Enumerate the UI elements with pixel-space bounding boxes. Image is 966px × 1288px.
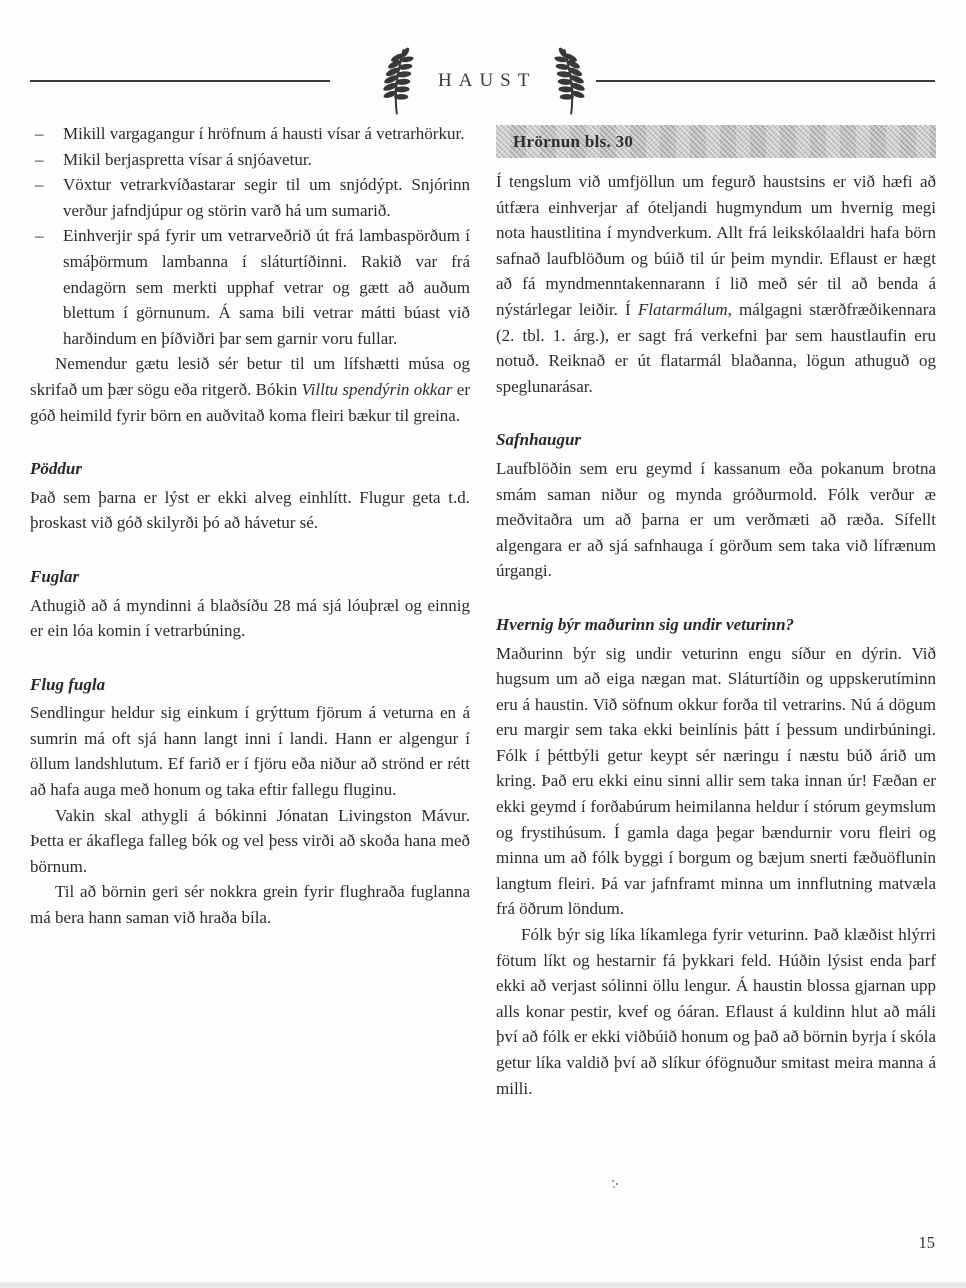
paragraph: Það sem þarna er lýst er ekki alveg einh… xyxy=(30,485,470,536)
scanned-page: HAUST –Mikill vargagangur í hröfnum á ha… xyxy=(0,0,966,1288)
page-number: 15 xyxy=(919,1233,936,1253)
text-run: Mikill vargagangur í hröfnum á hausti ví… xyxy=(63,124,464,143)
text-run: Vakin skal athygli á bókinni Jónatan Liv… xyxy=(30,806,470,876)
bullet-item: –Mikil berjaspretta vísar á snjóavetur. xyxy=(30,147,470,173)
bullet-text: Mikil berjaspretta vísar á snjóavetur. xyxy=(63,150,312,169)
text-run: Til að börnin geri sér nokkra grein fyri… xyxy=(30,882,470,927)
fern-leaf-icon xyxy=(372,45,422,117)
header-rule-left xyxy=(30,80,330,82)
bullet-dash: – xyxy=(35,172,44,198)
scan-speck xyxy=(612,1180,614,1182)
left-column: –Mikill vargagangur í hröfnum á hausti v… xyxy=(30,121,470,931)
subheading: Pöddur xyxy=(30,456,470,482)
text-run: Í tengslum við umfjöllun um fegurð haust… xyxy=(496,172,936,319)
text-run: Einhverjir spá fyrir um vetrarveðrið út … xyxy=(63,226,470,347)
paragraph: Fólk býr sig líka líkamlega fyrir veturi… xyxy=(496,922,936,1101)
bullet-item: –Vöxtur vetrarkvíðastarar segir til um s… xyxy=(30,172,470,223)
paragraph: Maðurinn býr sig undir veturinn engu síð… xyxy=(496,641,936,923)
bullet-text: Vöxtur vetrarkvíðastarar segir til um sn… xyxy=(63,175,470,220)
bullet-dash: – xyxy=(35,147,44,173)
italic-text: Flatarmálum xyxy=(638,300,728,319)
paragraph: Laufblöðin sem eru geymd í kassanum eða … xyxy=(496,456,936,584)
paragraph: Vakin skal athygli á bókinni Jónatan Liv… xyxy=(30,803,470,880)
paragraph: Sendlingur heldur sig einkum í grýttum f… xyxy=(30,700,470,802)
bullet-dash: – xyxy=(35,121,44,147)
text-run: Maðurinn býr sig undir veturinn engu síð… xyxy=(496,644,936,919)
page-title: HAUST xyxy=(438,70,536,92)
bullet-text: Mikill vargagangur í hröfnum á hausti ví… xyxy=(63,124,464,143)
text-run: Laufblöðin sem eru geymd í kassanum eða … xyxy=(496,459,936,580)
paragraph: Til að börnin geri sér nokkra grein fyri… xyxy=(30,879,470,930)
page-header: HAUST xyxy=(30,40,935,122)
paragraph: Athugið að á myndinni á blaðsíðu 28 má s… xyxy=(30,593,470,644)
paragraph: Nemendur gætu lesið sér betur til um líf… xyxy=(30,351,470,428)
bullet-item: –Einhverjir spá fyrir um vetrarveðrið út… xyxy=(30,223,470,351)
text-run: Það sem þarna er lýst er ekki alveg einh… xyxy=(30,488,470,533)
subheading: Safnhaugur xyxy=(496,427,936,453)
text-run: Vöxtur vetrarkvíðastarar segir til um sn… xyxy=(63,175,470,220)
right-column: Hrörnun bls. 30Í tengslum við umfjöllun … xyxy=(496,123,936,1101)
text-run: Fólk býr sig líka líkamlega fyrir veturi… xyxy=(496,925,936,1098)
text-run: Athugið að á myndinni á blaðsíðu 28 má s… xyxy=(30,596,470,641)
fern-leaf-icon xyxy=(546,45,596,117)
section-banner: Hrörnun bls. 30 xyxy=(496,125,936,158)
bullet-item: –Mikill vargagangur í hröfnum á hausti v… xyxy=(30,121,470,147)
scan-edge xyxy=(0,1282,966,1288)
subheading: Hvernig býr maðurinn sig undir veturinn? xyxy=(496,612,936,638)
italic-text: Villtu spendýrin okkar xyxy=(302,380,453,399)
paragraph: Í tengslum við umfjöllun um fegurð haust… xyxy=(496,169,936,399)
bullet-text: Einhverjir spá fyrir um vetrarveðrið út … xyxy=(63,226,470,347)
text-run: Sendlingur heldur sig einkum í grýttum f… xyxy=(30,703,470,799)
bullet-dash: – xyxy=(35,223,44,249)
subheading: Fuglar xyxy=(30,564,470,590)
text-run: Mikil berjaspretta vísar á snjóavetur. xyxy=(63,150,312,169)
header-rule-right xyxy=(596,80,935,82)
subheading: Flug fugla xyxy=(30,672,470,698)
